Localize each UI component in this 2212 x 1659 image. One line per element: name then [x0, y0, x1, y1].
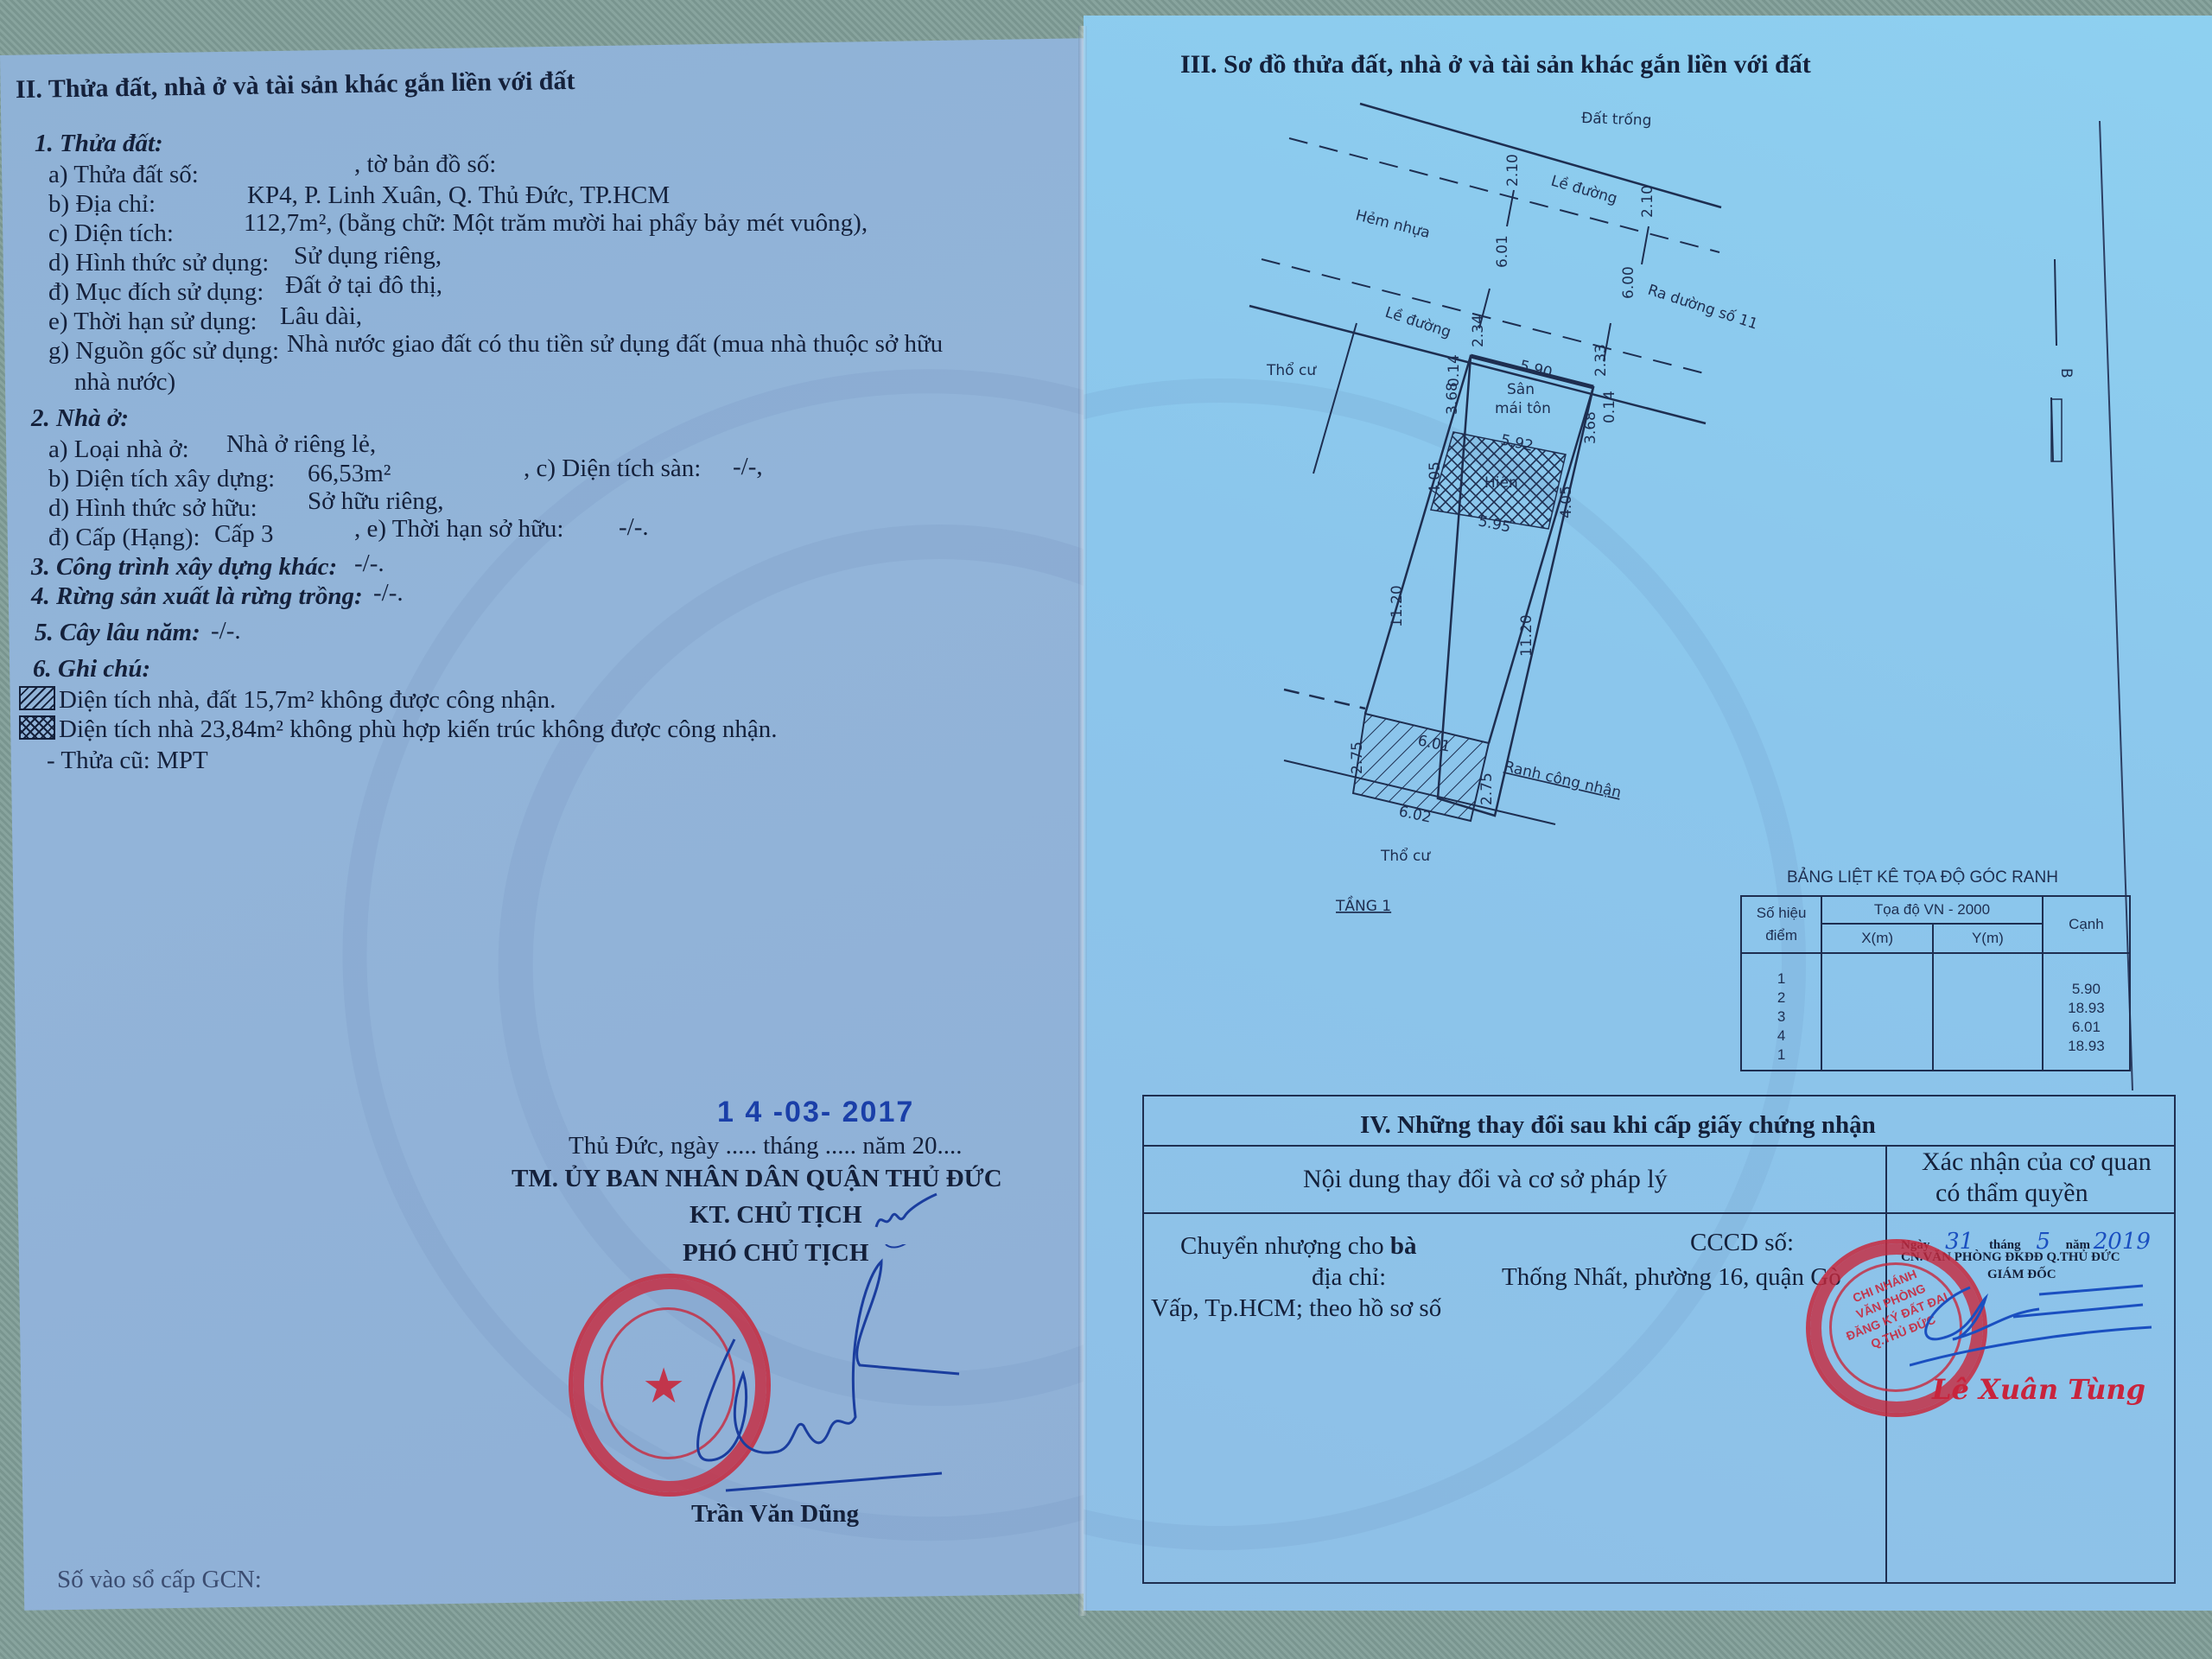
coord-table-title: BẢNG LIỆT KÊ TỌA ĐỘ GÓC RANH	[1787, 869, 2058, 886]
address-label: địa chỉ:	[1312, 1265, 1386, 1290]
dim-label: 6.01	[1494, 235, 1511, 268]
col-authority-confirm-2: có thẩm quyền	[1935, 1180, 2088, 1206]
dim-label: 11.20	[1389, 585, 1406, 627]
change-entry-line3: Vấp, Tp.HCM; theo hồ sơ số	[1151, 1296, 1441, 1321]
north-arrow-icon: B	[2057, 368, 2075, 378]
label-sidewalk-bottom: Lề đường	[1382, 303, 1453, 341]
dim-label: 3.68	[1444, 382, 1461, 415]
dim-label: 4.05	[1427, 461, 1444, 494]
edge-length: 5.90	[2044, 980, 2129, 999]
edge-length: 18.93	[2044, 1037, 2129, 1056]
point-id: 4	[1742, 1027, 1821, 1046]
label-asphalt-alley: Hẻm nhựa	[1354, 207, 1432, 242]
point-id: 1	[1742, 969, 1821, 988]
corner-coordinate-table: Số hiệuđiểm Tọa độ VN - 2000 Cạnh X(m) Y…	[1740, 895, 2131, 1071]
col-coord-vn2000: Tọa độ VN - 2000	[1821, 896, 2043, 924]
label-yard-roof: mái tôn	[1495, 400, 1551, 417]
dim-label: 11.20	[1518, 614, 1535, 657]
col-x: X(m)	[1821, 924, 1933, 953]
confirm-signer-name: Lê Xuân Tùng	[1932, 1376, 2145, 1403]
point-id: 2	[1742, 988, 1821, 1007]
label-yard: Sân	[1507, 381, 1535, 398]
label-residential-bottom: Thổ cư	[1380, 847, 1431, 865]
dim-label: 4.05	[1558, 486, 1575, 518]
edge-length: 6.01	[2044, 1018, 2129, 1037]
col-authority-confirm-1: Xác nhận của cơ quan	[1922, 1149, 2152, 1175]
point-id: 3	[1742, 1007, 1821, 1027]
col-y: Y(m)	[1933, 924, 2043, 953]
section-iv-title: IV. Những thay đổi sau khi cấp giấy chứn…	[1360, 1113, 1876, 1138]
edge-list: 5.9018.936.0118.93	[2043, 953, 2130, 1071]
label-porch: Hiên	[1484, 474, 1518, 492]
dim-label: 5.90	[1518, 357, 1554, 382]
col-change-content: Nội dung thay đổi và cơ sở pháp lý	[1303, 1166, 1668, 1192]
dim-label: 2.75	[1478, 772, 1496, 805]
dim-label: 2.34	[1470, 315, 1487, 347]
col-point: Số hiệuđiểm	[1741, 896, 1821, 953]
dim-label: 6.00	[1620, 266, 1637, 299]
dim-label: 2.10	[1639, 185, 1656, 218]
col-edge: Cạnh	[2043, 896, 2130, 953]
point-id: 1	[1742, 1046, 1821, 1065]
edge-length: 18.93	[2044, 999, 2129, 1018]
dim-label: 2.75	[1349, 741, 1366, 774]
change-entry-line1: Chuyển nhượng cho bà	[1180, 1234, 1417, 1259]
x-values	[1821, 953, 1933, 1071]
signature-right	[1910, 1279, 2169, 1382]
label-empty-land: Đất trống	[1581, 109, 1652, 130]
label-recognized-boundary: Ranh công nhận	[1503, 758, 1623, 802]
id-card-label: CCCD số:	[1690, 1230, 1794, 1255]
label-sidewalk-top: Lề đường	[1549, 172, 1620, 208]
address-value: Thống Nhất, phường 16, quận Gò	[1502, 1265, 1841, 1290]
label-residential-left: Thổ cư	[1266, 361, 1317, 379]
label-to-road-11: Ra dường số 11	[1645, 281, 1760, 334]
label-floor-1: TẦNG 1	[1335, 894, 1391, 915]
point-list: 12341	[1741, 953, 1821, 1071]
dim-label: 0.14	[1601, 391, 1618, 423]
dim-label: 2.33	[1592, 344, 1610, 377]
dim-label: 3.68	[1582, 411, 1599, 444]
y-values	[1933, 953, 2043, 1071]
dim-label: 2.10	[1504, 154, 1522, 187]
